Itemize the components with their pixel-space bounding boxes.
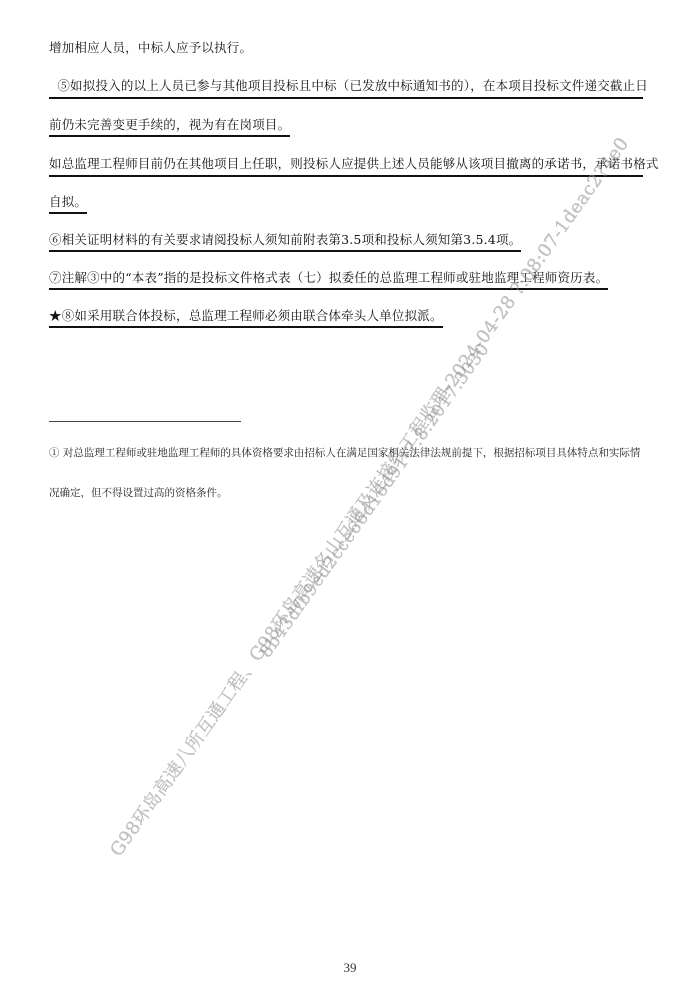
commitment-continuation: 自拟。 (49, 194, 87, 214)
footnote-line-1: ① 对总监理工程师或驻地监理工程师的具体资格要求由招标人在满足国家相关法律法规前… (49, 446, 640, 460)
text-line-3: 前仍未完善变更手续的，视为有在岗项目。 (49, 117, 290, 133)
footnote-separator (49, 421, 241, 422)
footnote-line-2: 况确定，但不得设置过高的资格条件。 (49, 486, 228, 500)
text-line-7: ⑦注解③中的“本表”指的是投标文件格式表（七）拟委任的总监理工程师或驻地监理工程… (49, 270, 608, 286)
text-line-8: ★⑧如采用联合体投标，总监理工程师必须由联合体牵头人单位拟派。 (49, 308, 443, 324)
item-5-text: ⑤如拟投入的以上人员已参与其他项目投标且中标（已发放中标通知书的），在本项目投标… (49, 78, 643, 99)
watermark-line-2: 8b43dfb9ed2cce66d16d91-7.8.2017.3030 (256, 339, 494, 661)
text-line-2: ⑤如拟投入的以上人员已参与其他项目投标且中标（已发放中标通知书的），在本项目投标… (49, 78, 643, 99)
text-line-4: 如总监理工程师目前仍在其他项目上任职，则投标人应提供上述人员能够从该项目撤离的承… (49, 156, 643, 177)
text-line-6: ⑥相关证明材料的有关要求请阅投标人须知前附表第3.5项和投标人须知第3.5.4项… (49, 232, 521, 248)
commitment-text: 如总监理工程师目前仍在其他项目上任职，则投标人应提供上述人员能够从该项目撤离的承… (49, 156, 643, 177)
item-8-text: ★⑧如采用联合体投标，总监理工程师必须由联合体牵头人单位拟派。 (49, 308, 443, 328)
text-line-1: 增加相应人员，中标人应予以执行。 (49, 40, 252, 56)
item-6-text: ⑥相关证明材料的有关要求请阅投标人须知前附表第3.5项和投标人须知第3.5.4项… (49, 232, 521, 252)
text-continuation: 增加相应人员，中标人应予以执行。 (49, 40, 252, 55)
document-page: 增加相应人员，中标人应予以执行。 ⑤如拟投入的以上人员已参与其他项目投标且中标（… (0, 0, 700, 990)
item-5-continuation: 前仍未完善变更手续的，视为有在岗项目。 (49, 117, 290, 137)
item-7-text: ⑦注解③中的“本表”指的是投标文件格式表（七）拟委任的总监理工程师或驻地监理工程… (49, 270, 608, 290)
page-number: 39 (0, 960, 700, 976)
text-line-5: 自拟。 (49, 194, 87, 210)
